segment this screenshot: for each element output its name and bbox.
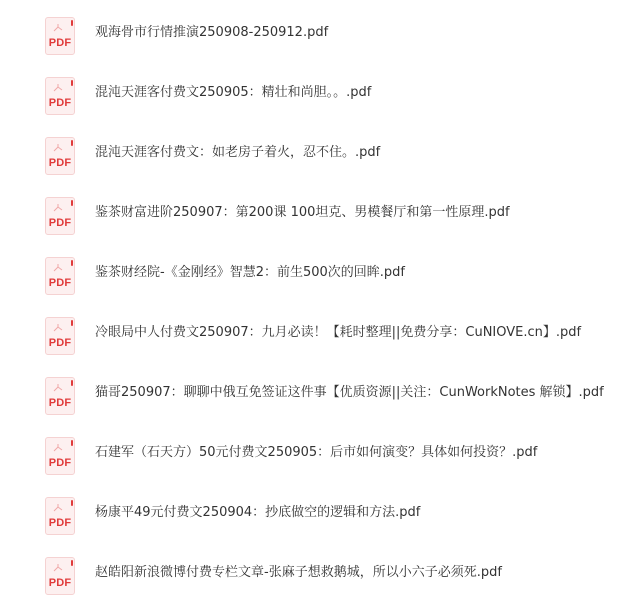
file-name[interactable]: 鉴茶财经院-《金刚经》智慧2：前生500次的回眸.pdf [95, 243, 405, 303]
acrobat-icon [52, 563, 64, 573]
file-name[interactable]: 石建军（石天方）50元付费文250905：后市如何演变？具体如何投资？.pdf [95, 423, 537, 483]
acrobat-icon [52, 23, 64, 33]
file-item[interactable]: PDF 混沌天涯客付费文250905：精壮和尚胆。。.pdf [0, 63, 622, 123]
file-name[interactable]: 鉴茶财富进阶250907：第200课 100坦克、男模餐厅和第一性原理.pdf [95, 183, 510, 243]
pdf-file-icon: PDF [45, 197, 75, 235]
pdf-file-icon: PDF [45, 437, 75, 475]
file-item[interactable]: PDF 鉴茶财富进阶250907：第200课 100坦克、男模餐厅和第一性原理.… [0, 183, 622, 243]
corner-mark [71, 80, 73, 86]
pdf-file-icon: PDF [45, 137, 75, 175]
corner-mark [71, 260, 73, 266]
file-item[interactable]: PDF 冷眼局中人付费文250907：九月必读！【耗时整理||免费分享：CuNI… [0, 303, 622, 363]
pdf-label: PDF [46, 398, 74, 409]
acrobat-icon [52, 443, 64, 453]
file-name[interactable]: 混沌天涯客付费文250905：精壮和尚胆。。.pdf [95, 63, 371, 123]
acrobat-icon [52, 263, 64, 273]
file-name[interactable]: 猫哥250907：聊聊中俄互免签证这件事【优质资源||关注：CunWorkNot… [95, 363, 604, 423]
acrobat-icon [52, 503, 64, 513]
pdf-file-icon: PDF [45, 557, 75, 595]
pdf-label: PDF [46, 38, 74, 49]
file-name[interactable]: 赵皓阳新浪微博付费专栏文章-张麻子想救鹅城，所以小六子必须死.pdf [95, 543, 502, 601]
file-item[interactable]: PDF 杨康平49元付费文250904：抄底做空的逻辑和方法.pdf [0, 483, 622, 543]
corner-mark [71, 140, 73, 146]
pdf-file-icon: PDF [45, 17, 75, 55]
corner-mark [71, 200, 73, 206]
acrobat-icon [52, 143, 64, 153]
file-item[interactable]: PDF 猫哥250907：聊聊中俄互免签证这件事【优质资源||关注：CunWor… [0, 363, 622, 423]
pdf-label: PDF [46, 278, 74, 289]
file-item[interactable]: PDF 观海骨市行情推演250908-250912.pdf [0, 3, 622, 63]
corner-mark [71, 440, 73, 446]
pdf-file-icon: PDF [45, 257, 75, 295]
file-name[interactable]: 混沌天涯客付费文：如老房子着火，忍不住。.pdf [95, 123, 380, 183]
corner-mark [71, 320, 73, 326]
file-item[interactable]: PDF 石建军（石天方）50元付费文250905：后市如何演变？具体如何投资？.… [0, 423, 622, 483]
pdf-label: PDF [46, 158, 74, 169]
file-list: PDF 观海骨市行情推演250908-250912.pdf PDF 混沌天涯客付… [0, 0, 622, 601]
pdf-label: PDF [46, 338, 74, 349]
acrobat-icon [52, 323, 64, 333]
pdf-label: PDF [46, 578, 74, 589]
file-item[interactable]: PDF 赵皓阳新浪微博付费专栏文章-张麻子想救鹅城，所以小六子必须死.pdf [0, 543, 622, 601]
corner-mark [71, 560, 73, 566]
file-item[interactable]: PDF 鉴茶财经院-《金刚经》智慧2：前生500次的回眸.pdf [0, 243, 622, 303]
pdf-label: PDF [46, 458, 74, 469]
pdf-file-icon: PDF [45, 77, 75, 115]
pdf-file-icon: PDF [45, 497, 75, 535]
acrobat-icon [52, 83, 64, 93]
pdf-label: PDF [46, 98, 74, 109]
pdf-label: PDF [46, 218, 74, 229]
corner-mark [71, 500, 73, 506]
pdf-file-icon: PDF [45, 377, 75, 415]
file-name[interactable]: 冷眼局中人付费文250907：九月必读！【耗时整理||免费分享：CuNIOVE.… [95, 303, 581, 363]
acrobat-icon [52, 203, 64, 213]
pdf-file-icon: PDF [45, 317, 75, 355]
corner-mark [71, 20, 73, 26]
acrobat-icon [52, 383, 64, 393]
corner-mark [71, 380, 73, 386]
file-item[interactable]: PDF 混沌天涯客付费文：如老房子着火，忍不住。.pdf [0, 123, 622, 183]
file-name[interactable]: 杨康平49元付费文250904：抄底做空的逻辑和方法.pdf [95, 483, 420, 543]
pdf-label: PDF [46, 518, 74, 529]
file-name[interactable]: 观海骨市行情推演250908-250912.pdf [95, 3, 328, 63]
